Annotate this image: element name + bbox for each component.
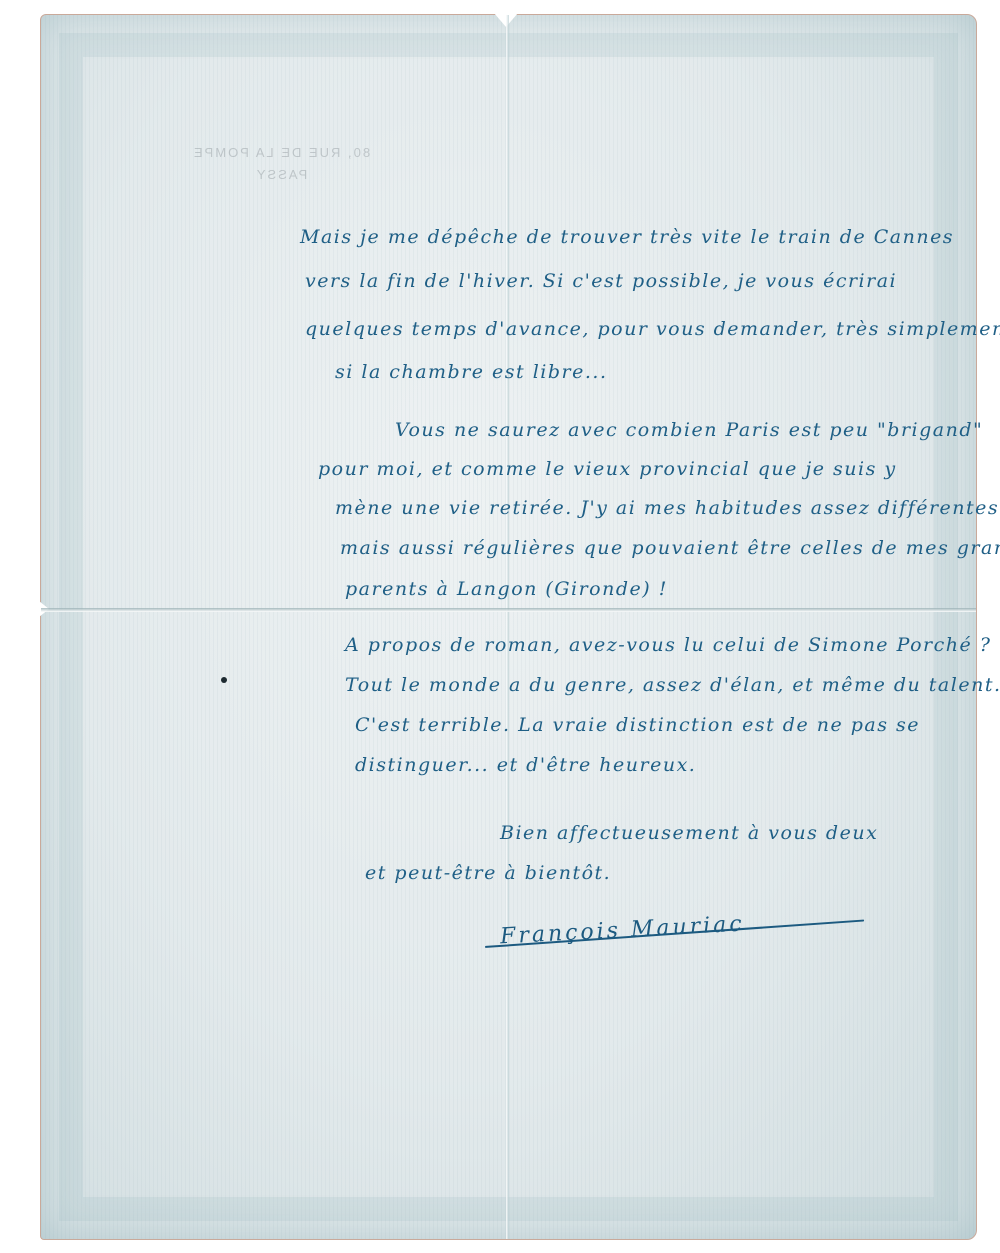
letter-body: Mais je me dépêche de trouver très vite … xyxy=(0,0,1000,1253)
letter-line: parents à Langon (Gironde) ! xyxy=(345,578,668,600)
letter-line: Vous ne saurez avec combien Paris est pe… xyxy=(395,419,983,441)
letter-line: C'est terrible. La vraie distinction est… xyxy=(355,714,920,736)
letter-line: si la chambre est libre... xyxy=(335,361,608,383)
letter-line: mène une vie retirée. J'y ai mes habitud… xyxy=(335,497,999,519)
letter-line: Mais je me dépêche de trouver très vite … xyxy=(300,226,954,248)
letter-line: quelques temps d'avance, pour vous deman… xyxy=(305,318,1000,340)
letter-line: Tout le monde a du genre, assez d'élan, … xyxy=(345,674,1000,696)
letter-line: distinguer... et d'être heureux. xyxy=(355,754,696,776)
closing-line: et peut-être à bientôt. xyxy=(365,862,611,884)
letter-line: A propos de roman, avez-vous lu celui de… xyxy=(345,634,991,656)
letter-line: mais aussi régulières que pouvaient être… xyxy=(340,537,1000,559)
closing-line: Bien affectueusement à vous deux xyxy=(500,822,878,844)
letter-line: pour moi, et comme le vieux provincial q… xyxy=(318,458,897,480)
letter-line: vers la fin de l'hiver. Si c'est possibl… xyxy=(305,270,897,292)
